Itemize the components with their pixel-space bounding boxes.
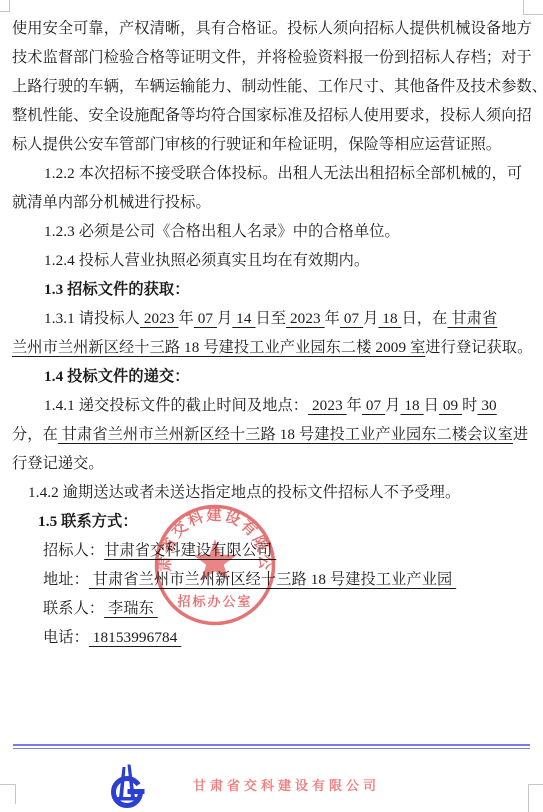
text-line: 分，在 甘肃省兰州市兰州新区经十三路 18 号建投工业产业园东二楼会议室进 bbox=[12, 420, 535, 449]
text-line: 电话： 18153996784 bbox=[12, 623, 535, 652]
text-line: 招标人：甘肃省交科建设有限公司 bbox=[12, 536, 535, 565]
text-line: 上路行驶的车辆，车辆运输能力、制动性能、工作尺寸、其他备件及技术参数、 bbox=[12, 72, 535, 101]
margin-mark-top-left bbox=[0, 0, 10, 12]
company-logo-icon bbox=[107, 763, 149, 809]
text-line: 1.2.3 必须是公司《合格出租人名录》中的合格单位。 bbox=[12, 217, 535, 246]
text-line: 地址： 甘肃省兰州市兰州新区经十三路 18 号建投工业产业园 bbox=[12, 565, 535, 594]
text-line: 1.5 联系方式： bbox=[12, 507, 535, 536]
text-line: 1.4.1 递交投标文件的截止时间及地点： 2023 年 07 月 18 日 0… bbox=[12, 391, 535, 420]
document-page: 使用安全可靠，产权清晰，具有合格证。投标人须向招标人提供机械设备地方技术监督部门… bbox=[0, 0, 543, 812]
text-line: 使用安全可靠，产权清晰，具有合格证。投标人须向招标人提供机械设备地方 bbox=[12, 14, 535, 43]
margin-mark-top-right bbox=[523, 0, 543, 15]
text-line: 整机性能、安全设施配备等均符合国家标准及招标人使用要求，投标人须向招 bbox=[12, 101, 535, 130]
margin-mark-bottom-right bbox=[528, 784, 543, 812]
text-line: 1.3.1 请投标人 2023 年 07 月 14 日至 2023 年 07 月… bbox=[12, 304, 535, 333]
text-line: 1.2.2 本次招标不接受联合体投标。出租人无法出租招标全部机械的，可 bbox=[12, 159, 535, 188]
text-line: 行登记递交。 bbox=[12, 449, 535, 478]
document-body: 使用安全可靠，产权清晰，具有合格证。投标人须向招标人提供机械设备地方技术监督部门… bbox=[12, 14, 535, 652]
text-line: 兰州市兰州新区经十三路 18 号建投工业产业园东二楼 2009 室进行登记获取。 bbox=[12, 333, 535, 362]
text-line: 1.2.4 投标人营业执照必须真实且均在有效期内。 bbox=[12, 246, 535, 275]
text-line: 标人提供公安车管部门审核的行驶证和年检证明，保险等相应运营证照。 bbox=[12, 130, 535, 159]
text-line: 1.3 招标文件的获取： bbox=[12, 275, 535, 304]
footer-divider bbox=[13, 744, 530, 749]
margin-mark-bottom-left bbox=[0, 784, 16, 804]
text-line: 1.4.2 逾期送达或者未送达指定地点的投标文件招标人不予受理。 bbox=[12, 478, 535, 507]
text-line: 1.4 投标文件的递交： bbox=[12, 362, 535, 391]
text-line: 就清单内部分机械进行投标。 bbox=[12, 188, 535, 217]
text-line: 技术监督部门检验合格等证明文件，并将检验资料报一份到招标人存档；对于 bbox=[12, 43, 535, 72]
text-line: 联系人： 李瑞东 bbox=[12, 594, 535, 623]
footer-company-name: 甘肃省交科建设有限公司 bbox=[193, 775, 380, 794]
